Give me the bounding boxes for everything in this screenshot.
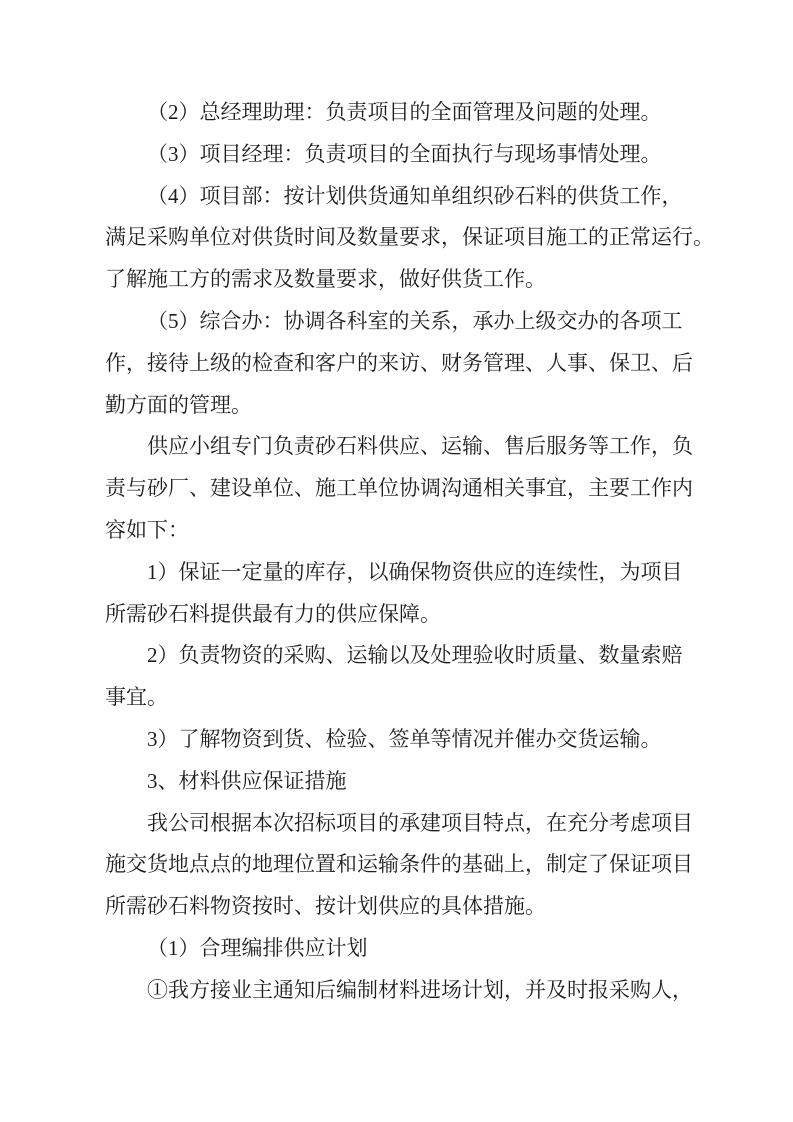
- text-line: 3）了解物资到货、检验、签单等情况并催办交货运输。: [147, 719, 705, 761]
- text-line: 2）负责物资的采购、运输以及处理验收时质量、数量索赔: [147, 635, 705, 677]
- text-line: 勤方面的管理。: [105, 385, 705, 427]
- text-line: 容如下：: [105, 510, 705, 552]
- text-line: （5）综合办：协调各科室的关系，承办上级交办的各项工: [147, 301, 705, 343]
- text-line: 施交货地点点的地理位置和运输条件的基础上，制定了保证项目: [105, 844, 705, 886]
- document-body: （2）总经理助理：负责项目的全面管理及问题的处理。（3）项目经理：负责项目的全面…: [105, 92, 705, 1012]
- text-line: 责与砂厂、建设单位、施工单位协调沟通相关事宜，主要工作内: [105, 468, 705, 510]
- text-line: 3、材料供应保证措施: [147, 761, 705, 803]
- text-line: 事宜。: [105, 677, 705, 719]
- text-line: 所需砂石料物资按时、按计划供应的具体措施。: [105, 886, 705, 928]
- text-line: （4）项目部：按计划供货通知单组织砂石料的供货工作，: [147, 176, 705, 218]
- text-line: ①我方接业主通知后编制材料进场计划，并及时报采购人，: [147, 970, 705, 1012]
- text-line: 满足采购单位对供货时间及数量要求，保证项目施工的正常运行。: [105, 217, 705, 259]
- text-line: 所需砂石料提供最有力的供应保障。: [105, 594, 705, 636]
- text-line: 了解施工方的需求及数量要求，做好供货工作。: [105, 259, 705, 301]
- text-line: 我公司根据本次招标项目的承建项目特点，在充分考虑项目: [147, 803, 705, 845]
- document-page: （2）总经理助理：负责项目的全面管理及问题的处理。（3）项目经理：负责项目的全面…: [0, 0, 793, 1122]
- text-line: 供应小组专门负责砂石料供应、运输、售后服务等工作，负: [147, 426, 705, 468]
- text-line: 1）保证一定量的库存，以确保物资供应的连续性，为项目: [147, 552, 705, 594]
- text-line: （2）总经理助理：负责项目的全面管理及问题的处理。: [147, 92, 705, 134]
- text-line: 作，接待上级的检查和客户的来访、财务管理、人事、保卫、后: [105, 343, 705, 385]
- text-line: （1）合理编排供应计划: [147, 928, 705, 970]
- text-line: （3）项目经理：负责项目的全面执行与现场事情处理。: [147, 134, 705, 176]
